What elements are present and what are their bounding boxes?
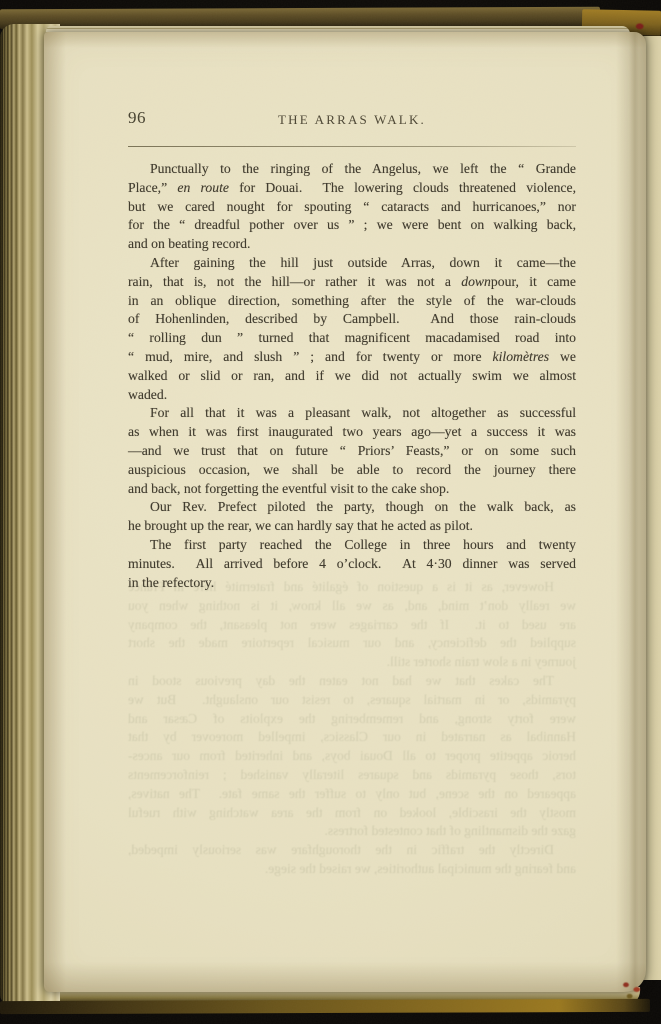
cover-edge-bottom [0, 999, 650, 1014]
body-text: Punctually to the ringing of the Angelus… [128, 160, 576, 592]
text-line: The cakes that we had not eaten the day … [128, 672, 576, 691]
text-line: but we cared nought for spouting “ catar… [128, 198, 576, 217]
text-line: Directly the traffic in the thoroughfare… [128, 841, 576, 860]
text-line: minutes. All arrived before 4 o’clock. A… [128, 555, 576, 574]
text-line: —and we trust that on future “ Priors’ F… [128, 442, 576, 461]
text-line: pyramids, or in martial squares, to resi… [128, 691, 576, 710]
text-line: of Hohenlinden, described by Campbell. A… [128, 310, 576, 329]
book-page: 96 THE ARRAS WALK. Punctually to the rin… [44, 32, 646, 992]
text-line: and back, not forgetting the eventful vi… [128, 480, 576, 499]
book-photo: 96 THE ARRAS WALK. Punctually to the rin… [0, 0, 661, 1024]
show-through-text: However, as it is a question of égalité … [128, 578, 576, 879]
page-crease [629, 32, 639, 992]
text-line: For all that it was a pleasant walk, not… [128, 404, 576, 423]
text-line: as when it was first inaugurated two yea… [128, 423, 576, 442]
text-line: were forty strong, and remembering the e… [128, 710, 576, 729]
text-line: and on beating record. [128, 235, 576, 254]
text-line: Punctually to the ringing of the Angelus… [128, 160, 576, 179]
text-line: “ mud, mire, and slush ” ; and for twent… [128, 348, 576, 367]
text-line: Our Rev. Prefect piloted the party, thou… [128, 498, 576, 517]
paragraph: After gaining the hill just outside Arra… [128, 254, 576, 404]
text-line: we really don’t mind, and, as we all kno… [128, 597, 576, 616]
text-line: mostly the irascible, looked on from the… [128, 804, 576, 823]
text-line: he brought up the rear, we can hardly sa… [128, 517, 576, 536]
text-line: Place,” en route for Douai. The lowering… [128, 179, 576, 198]
header-rule [128, 146, 576, 147]
text-line: auspicious occasion, we shall be able to… [128, 461, 576, 480]
paragraph: However, as it is a question of égalité … [128, 578, 576, 672]
text-line: and fearing the municipal authorities, w… [128, 860, 576, 879]
text-line: waded. [128, 386, 576, 405]
paragraph: The cakes that we had not eaten the day … [128, 672, 576, 841]
text-line: gaze the dismantling of that contested f… [128, 822, 576, 841]
text-line: for the “ dreadful pother over us ” ; we… [128, 216, 576, 235]
running-title: THE ARRAS WALK. [128, 112, 576, 128]
text-line: supplied the deficiency, and our musical… [128, 634, 576, 653]
paragraph: Punctually to the ringing of the Angelus… [128, 160, 576, 254]
text-line: tors, those pyramids and squares literal… [128, 766, 576, 785]
text-line: rain, that is, not the hill—or rather it… [128, 273, 576, 292]
text-line: However, as it is a question of égalité … [128, 578, 576, 597]
paragraph: For all that it was a pleasant walk, not… [128, 404, 576, 498]
text-line: “ rolling dun ” turned that magnificent … [128, 329, 576, 348]
paragraph: Directly the traffic in the thoroughfare… [128, 841, 576, 879]
text-line: heroic appetite proper to all Douai boys… [128, 747, 576, 766]
text-line: walked or slid or ran, and if we did not… [128, 367, 576, 386]
text-line: in an oblique direction, something after… [128, 292, 576, 311]
text-line: appeared on the scene, but only to suffe… [128, 785, 576, 804]
paragraph: Our Rev. Prefect piloted the party, thou… [128, 498, 576, 536]
text-line: journey in a slow train shorter still. [128, 653, 576, 672]
text-line: The first party reached the College in t… [128, 536, 576, 555]
text-line: After gaining the hill just outside Arra… [128, 254, 576, 273]
text-line: are used to it. If the carriages were no… [128, 616, 576, 635]
text-line: Hannibal as narrated in our Classics, im… [128, 728, 576, 747]
ribbon-marker [617, 977, 647, 1003]
